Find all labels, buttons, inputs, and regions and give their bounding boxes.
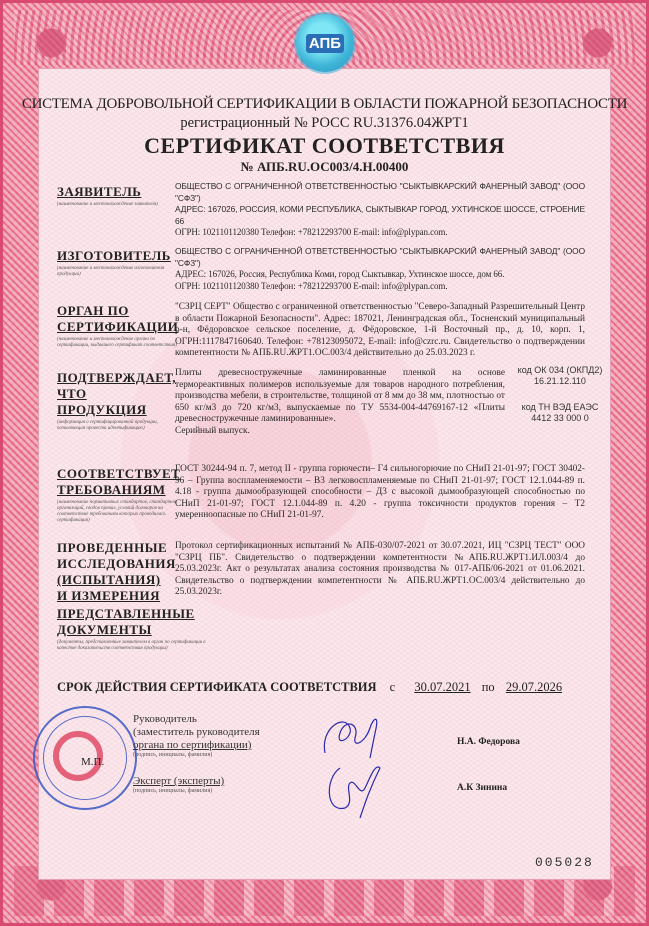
requirements-label: СООТВЕТСТВУЕТ ТРЕБОВАНИЯМ (наименование … — [57, 466, 177, 524]
valid-from-date: 30.07.2021 — [414, 680, 470, 694]
applicant-details: ОБЩЕСТВО С ОГРАНИЧЕННОЙ ОТВЕТСТВЕННОСТЬЮ… — [175, 181, 585, 239]
manufacturer-sublabel: (наименование и местонахождение изготови… — [57, 266, 177, 278]
product-label: ПОДТВЕРЖДАЕТ, ЧТО ПРОДУКЦИЯ (информация … — [57, 370, 177, 432]
requirements-sublabel: (наименование нормативных стандартов, ст… — [57, 500, 177, 524]
serial-number: 005028 — [535, 855, 594, 870]
manufacturer-details: ОБЩЕСТВО С ОГРАНИЧЕННОЙ ОТВЕТСТВЕННОСТЬЮ… — [175, 246, 585, 292]
certification-body-sublabel: (наименование и местонахождение органа п… — [57, 337, 177, 349]
documents-sublabel: (документы, представленные заявителем в … — [57, 640, 207, 652]
documents-label: ПРЕДСТАВЛЕННЫЕ ДОКУМЕНТЫ (документы, пре… — [57, 606, 207, 652]
head-signature-label: Руководитель (заместитель руководителя о… — [133, 713, 260, 759]
seal-place-label: М.П. — [81, 756, 104, 768]
registration-number: регистрационный № РОСС RU.31376.04ЖРТ1 — [0, 115, 649, 132]
certification-body-details: "СЗРЦ СЕРТ" Общество с ограниченной отве… — [175, 302, 585, 360]
certificate-number: № АПБ.RU.ОС003/4.Н.00400 — [0, 159, 649, 175]
head-name: Н.А. Федорова — [457, 737, 520, 747]
requirements-details: ГОСТ 30244-94 п. 7, метод II - группа го… — [175, 464, 585, 522]
apb-logo-icon: АПБ — [296, 14, 354, 72]
expert-signature — [320, 758, 390, 823]
tests-label: ПРОВЕДЕННЫЕ ИССЛЕДОВАНИЯ (ИСПЫТАНИЯ) И И… — [57, 540, 177, 604]
valid-to-date: 29.07.2026 — [506, 680, 562, 694]
tests-details: Протокол сертификационных испытаний № АП… — [175, 541, 585, 599]
product-description: Плиты древесностружечные ламинированные … — [175, 368, 505, 437]
manufacturer-label: ИЗГОТОВИТЕЛЬ (наименование и местонахожд… — [57, 248, 177, 278]
logo-text: АПБ — [306, 34, 344, 53]
system-title: СИСТЕМА ДОБРОВОЛЬНОЙ СЕРТИФИКАЦИИ В ОБЛА… — [0, 96, 649, 113]
document-title: СЕРТИФИКАТ СООТВЕТСТВИЯ — [0, 133, 649, 159]
expert-signature-label: Эксперт (эксперты) (подпись, инициалы, ф… — [133, 775, 224, 795]
certification-body-label: ОРГАН ПО СЕРТИФИКАЦИИ (наименование и ме… — [57, 303, 177, 349]
tnved-code: код ТН ВЭД ЕАЭС 4412 33 000 0 — [515, 402, 605, 424]
product-sublabel: (информация о сертифицированной продукци… — [57, 420, 177, 432]
applicant-sublabel: (наименование и местонахождение заявител… — [57, 202, 177, 208]
serial-production-note: Серийный выпуск. — [175, 426, 505, 438]
okpd-code: код ОК 034 (ОКПД2) 16.21.12.110 — [515, 365, 605, 387]
validity-period: СРОК ДЕЙСТВИЯ СЕРТИФИКАТА СООТВЕТСТВИЯ с… — [57, 680, 568, 695]
applicant-label: ЗАЯВИТЕЛЬ (наименование и местонахождени… — [57, 184, 177, 208]
expert-name: А.К Зинина — [457, 783, 507, 793]
